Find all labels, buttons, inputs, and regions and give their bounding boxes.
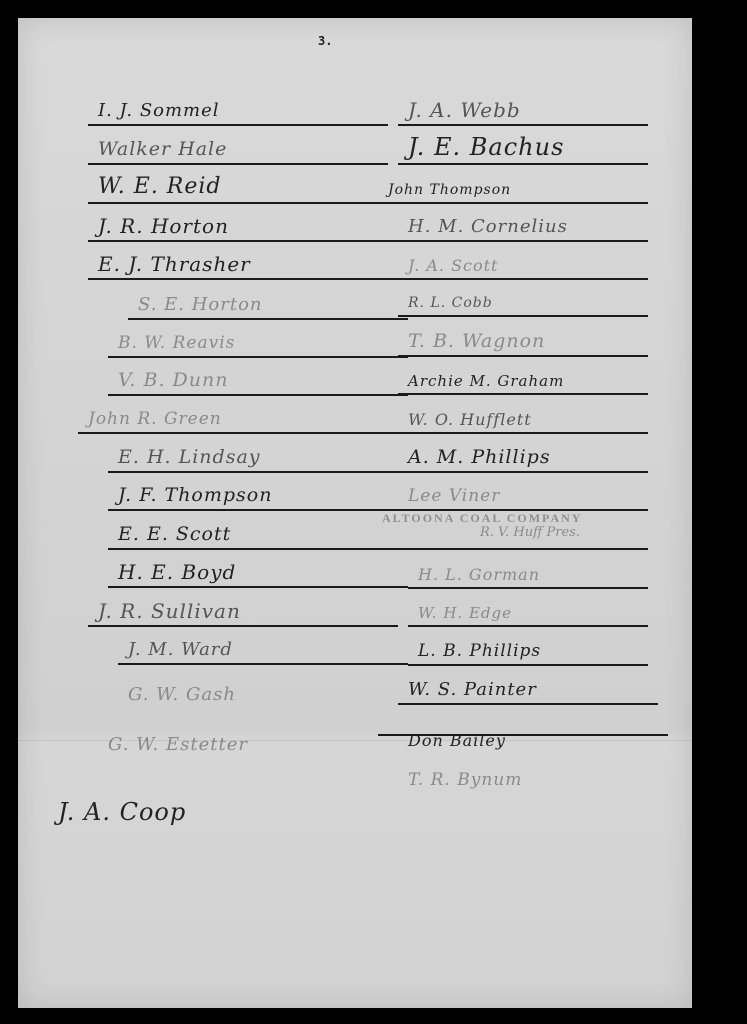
document-page: 3. I. J. SommelWalker HaleW. E. ReidJ. R… (18, 18, 692, 1008)
left-signature: John R. Green (88, 409, 222, 429)
signature-line (128, 318, 408, 320)
left-signature: V. B. Dunn (118, 369, 228, 391)
left-signature: I. J. Sommel (98, 100, 220, 121)
left-signature: J. M. Ward (128, 639, 233, 660)
right-signature: A. M. Phillips (408, 446, 551, 468)
signature-line (378, 202, 648, 204)
left-signature: J. F. Thompson (118, 484, 272, 506)
signature-line (88, 124, 388, 126)
signature-line (398, 471, 648, 473)
signature-line (108, 548, 408, 550)
left-signature: G. W. Estetter (108, 734, 248, 755)
signature-line (398, 393, 648, 395)
left-signature: J. R. Sullivan (98, 599, 241, 623)
signature-line (108, 471, 408, 473)
signature-line (398, 315, 648, 317)
right-signature: W. H. Edge (418, 604, 512, 622)
right-signature: J. E. Bachus (408, 133, 564, 161)
right-signature: L. B. Phillips (418, 641, 541, 661)
signature-line (408, 625, 648, 627)
right-signature: John Thompson (388, 182, 511, 198)
left-signature: B. W. Reavis (118, 333, 235, 353)
right-signature: W. S. Painter (408, 679, 537, 700)
signature-line (118, 663, 408, 665)
signature-line (398, 124, 648, 126)
signature-line (88, 278, 408, 280)
right-signature: Lee Viner (408, 486, 500, 506)
signature-line (398, 163, 648, 165)
signature-line (108, 509, 428, 511)
signature-line (88, 163, 388, 165)
stamp-signature: R. V. Huff Pres. (480, 525, 580, 540)
signature-line (408, 587, 648, 589)
right-signature: H. M. Cornelius (408, 216, 568, 237)
left-signature: W. E. Reid (98, 174, 222, 199)
left-signature: E. H. Lindsay (118, 446, 261, 468)
left-signature: S. E. Horton (138, 294, 263, 315)
left-signature: Walker Hale (98, 138, 227, 160)
company-stamp: ALTOONA COAL COMPANY (382, 511, 582, 526)
left-signature: J. A. Coop (58, 798, 186, 826)
signature-line (398, 240, 648, 242)
right-signature: R. L. Cobb (408, 295, 493, 311)
right-signature: J. A. Webb (408, 98, 521, 122)
left-signature: E. J. Thrasher (98, 252, 251, 276)
signature-line (108, 394, 408, 396)
signature-line (88, 240, 408, 242)
signature-line (398, 355, 648, 357)
right-signature: T. R. Bynum (408, 770, 522, 790)
right-signature: J. A. Scott (408, 256, 498, 275)
signature-line (408, 664, 648, 666)
right-signature: H. L. Gorman (418, 565, 540, 584)
right-signature: Archie M. Graham (408, 372, 564, 390)
right-signature: W. O. Hufflett (408, 410, 532, 429)
signature-line (108, 586, 408, 588)
left-signature: E. E. Scott (118, 523, 231, 545)
signature-line (78, 432, 408, 434)
signature-line (88, 202, 408, 204)
signature-line (108, 356, 408, 358)
signature-line (398, 703, 658, 705)
left-signature: G. W. Gash (128, 684, 236, 705)
left-signature: J. R. Horton (98, 214, 229, 238)
signature-line (398, 432, 648, 434)
signature-line (378, 734, 668, 736)
signature-line (398, 278, 648, 280)
signature-line (88, 625, 398, 627)
signature-line (398, 548, 648, 550)
right-signature: T. B. Wagnon (408, 330, 545, 352)
page-number: 3. (318, 34, 332, 48)
left-signature: H. E. Boyd (118, 560, 236, 584)
